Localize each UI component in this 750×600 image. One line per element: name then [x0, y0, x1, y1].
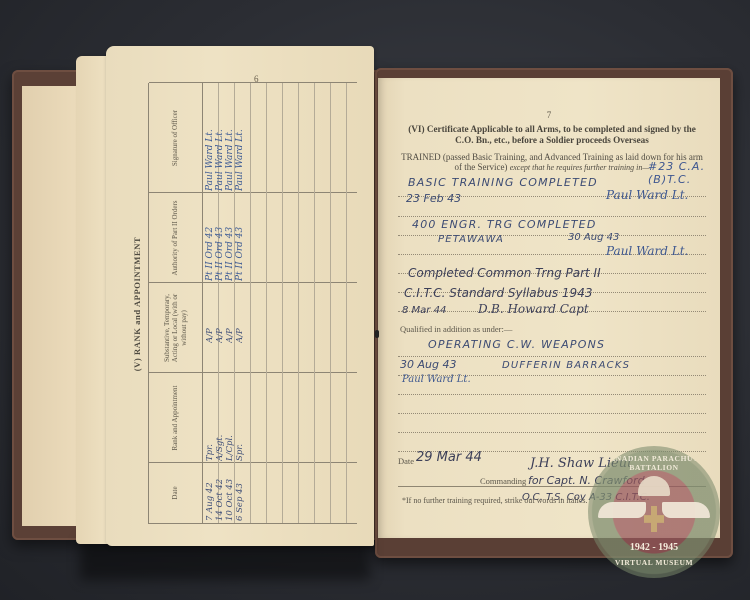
- watermark-years: 1942 - 1945: [588, 542, 720, 553]
- cell: Pt II Ord 42: [205, 195, 215, 281]
- museum-watermark-logo: CANADIAN PARACHUTE BATTALION 1942 - 1945…: [588, 446, 720, 578]
- entry-date: 30 Aug 43: [568, 232, 619, 243]
- column-header: Substantive, Temporary, Acting or Local …: [149, 283, 203, 373]
- column-date: Date 7 Aug 42 14 Oct 42 10 Oct 43 6 Sep …: [149, 462, 357, 523]
- parachute-icon: [638, 476, 670, 496]
- column-entries: Paul Ward Lt. Paul Ward Lt. Paul Ward Lt…: [205, 85, 245, 191]
- column-entries: A/P A/P A/P A/P: [205, 285, 245, 343]
- cell: Pt II Ord 43: [225, 195, 235, 281]
- column-entries: Tpr. A/Sgt. L/Cpl. Spr.: [205, 375, 245, 461]
- cell: 6 Sep 43: [235, 465, 245, 521]
- ruled-line: [398, 216, 706, 217]
- column-entries: Pt II Ord 42 Pt II Ord 43 Pt II Ord 43 P…: [205, 195, 245, 281]
- cell: A/P: [225, 285, 235, 343]
- entry-basic-training: BASIC TRAINING COMPLETED: [408, 176, 598, 189]
- maple-cross-icon: [644, 506, 664, 532]
- cell: Pt II Ord 43: [235, 195, 245, 281]
- trained-italic: except that he requires further training…: [510, 163, 650, 172]
- cell: A/P: [215, 285, 225, 343]
- cell: 10 Oct 43: [225, 465, 235, 521]
- column-header: Authority of Part II Orders: [149, 193, 203, 283]
- column-authority: Authority of Part II Orders Pt II Ord 42…: [149, 192, 357, 283]
- entry-date: 8 Mar 44: [402, 305, 446, 316]
- entry-date: 23 Feb 43: [406, 192, 461, 205]
- training-centre-handwritten: #23 C.A.(B)T.C.: [648, 160, 720, 186]
- wing-left-icon: [598, 502, 646, 518]
- signature: Paul Ward Lt.: [606, 244, 688, 258]
- footnote: *If no further training required, strike…: [402, 496, 588, 505]
- cell: 7 Aug 42: [205, 465, 215, 521]
- column-header: Date: [149, 463, 203, 523]
- date-value: 29 Mar 44: [416, 450, 482, 465]
- rank-table: Date 7 Aug 42 14 Oct 42 10 Oct 43 6 Sep …: [148, 83, 357, 524]
- entry-engr-training: 400 ENGR. TRG COMPLETED: [412, 218, 597, 231]
- column-signature: Signature of Officer Paul Ward Lt. Paul …: [149, 82, 357, 193]
- certificate-heading: (VI) Certificate Applicable to all Arms,…: [398, 124, 706, 146]
- ruled-line: [398, 356, 706, 357]
- column-header: Rank and Appointment: [149, 373, 203, 463]
- watermark-bottom-text: VIRTUAL MUSEUM: [588, 558, 720, 567]
- ruled-line: [398, 413, 706, 414]
- column-substantive: Substantive, Temporary, Acting or Local …: [149, 282, 357, 373]
- signature: Paul Ward Lt.: [402, 374, 471, 385]
- entry-syllabus: C.I.T.C. Standard Syllabus 1943: [404, 286, 592, 300]
- cell: A/P: [205, 285, 215, 343]
- cell: 14 Oct 42: [215, 465, 225, 521]
- watermark-top-text: CANADIAN PARACHUTE BATTALION: [588, 454, 720, 472]
- entry-location: PETAWAWA: [438, 234, 504, 245]
- entry-weapons: OPERATING C.W. WEAPONS: [428, 338, 605, 351]
- signature: Paul Ward Lt.: [225, 85, 235, 191]
- page-number: 7: [378, 110, 720, 120]
- ruled-line: [398, 432, 706, 433]
- cell: Tpr.: [205, 375, 215, 461]
- signature: D.B. Howard Capt: [478, 302, 589, 316]
- commanding-label: Commanding: [480, 476, 526, 486]
- entry-barracks: DUFFERIN BARRACKS: [502, 360, 630, 371]
- entry-date: 30 Aug 43: [400, 358, 456, 371]
- page-6-rank-and-appointment: 6 (V) RANK and APPOINTMENT Date 7 Aug 42…: [106, 46, 374, 546]
- cell: Spr.: [235, 375, 245, 461]
- column-rank: Rank and Appointment Tpr. A/Sgt. L/Cpl. …: [149, 372, 357, 463]
- cell: A/Sgt.: [215, 375, 225, 461]
- signature: Paul Ward Lt.: [215, 85, 225, 191]
- date-label: Date: [398, 456, 414, 466]
- column-header: Signature of Officer: [149, 83, 203, 193]
- page-shadow: [80, 540, 370, 580]
- cell: A/P: [235, 285, 245, 343]
- section-title: (V) RANK and APPOINTMENT: [126, 84, 148, 524]
- qualified-label: Qualified in addition as under:—: [400, 324, 512, 334]
- entry-common-training: Completed Common Trng Part II: [408, 266, 601, 280]
- signature: Paul Ward Lt.: [205, 85, 215, 191]
- binding-staple: [375, 330, 379, 338]
- rank-table-rotated: (V) RANK and APPOINTMENT Date 7 Aug 42 1…: [126, 84, 356, 524]
- ruled-line: [398, 394, 706, 395]
- signature: Paul Ward Lt.: [606, 188, 688, 202]
- endpaper: [22, 86, 82, 526]
- wing-right-icon: [662, 502, 710, 518]
- column-entries: 7 Aug 42 14 Oct 42 10 Oct 43 6 Sep 43: [205, 465, 245, 521]
- cell: Pt II Ord 43: [215, 195, 225, 281]
- cell: L/Cpl.: [225, 375, 235, 461]
- signature: Paul Ward Lt.: [235, 85, 245, 191]
